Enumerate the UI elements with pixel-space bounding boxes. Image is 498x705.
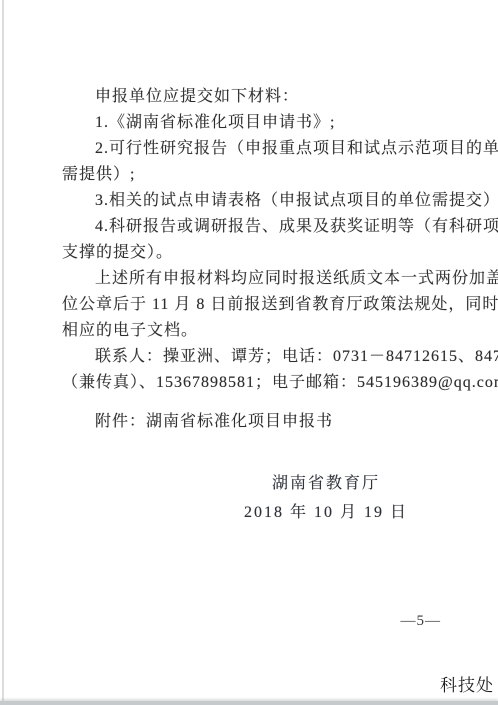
scan-edge-left [2,0,4,705]
signature-date: 2018 年 10 月 19 日 [230,498,422,527]
scan-edge-bottom [0,701,498,705]
text-line: （兼传真）、15367898581；电子邮箱：545196389@qq.com [62,370,454,396]
signature-organization: 湖南省教育厅 [230,469,422,498]
text-line: 支撑的提交）。 [62,240,454,266]
signature-block: 湖南省教育厅 2018 年 10 月 19 日 [230,469,422,527]
body-text: 申报单位应提交如下材料： 1.《湖南省标准化项目申请书》; 2.可行性研究报告（… [62,84,454,435]
text-line: 2.可行性研究报告（申报重点项目和试点示范项目的单位 [62,136,454,162]
text-line: 1.《湖南省标准化项目申请书》; [62,110,454,136]
text-line: 申报单位应提交如下材料： [62,84,454,110]
text-line: 联系人：操亚洲、谭芳；电话：0731－84712615、84715490 [62,344,454,370]
page-number: —5— [401,613,442,630]
text-line: 需提供）; [62,162,454,188]
department-stamp: 科技处 [440,671,494,696]
document-page: 申报单位应提交如下材料： 1.《湖南省标准化项目申请书》; 2.可行性研究报告（… [0,0,498,705]
attachment-line: 附件：湖南省标准化项目申报书 [62,409,454,435]
text-line: 相应的电子文档。 [62,318,454,344]
text-line: 3.相关的试点申请表格（申报试点项目的单位需提交）; [62,188,454,214]
text-line: 4.科研报告或调研报告、成果及获奖证明等（有科研项目 [62,214,454,240]
text-line: 位公章后于 11 月 8 日前报送到省教育厅政策法规处，同时报送 [62,292,454,318]
text-line: 上述所有申报材料均应同时报送纸质文本一式两份加盖单 [62,266,454,292]
